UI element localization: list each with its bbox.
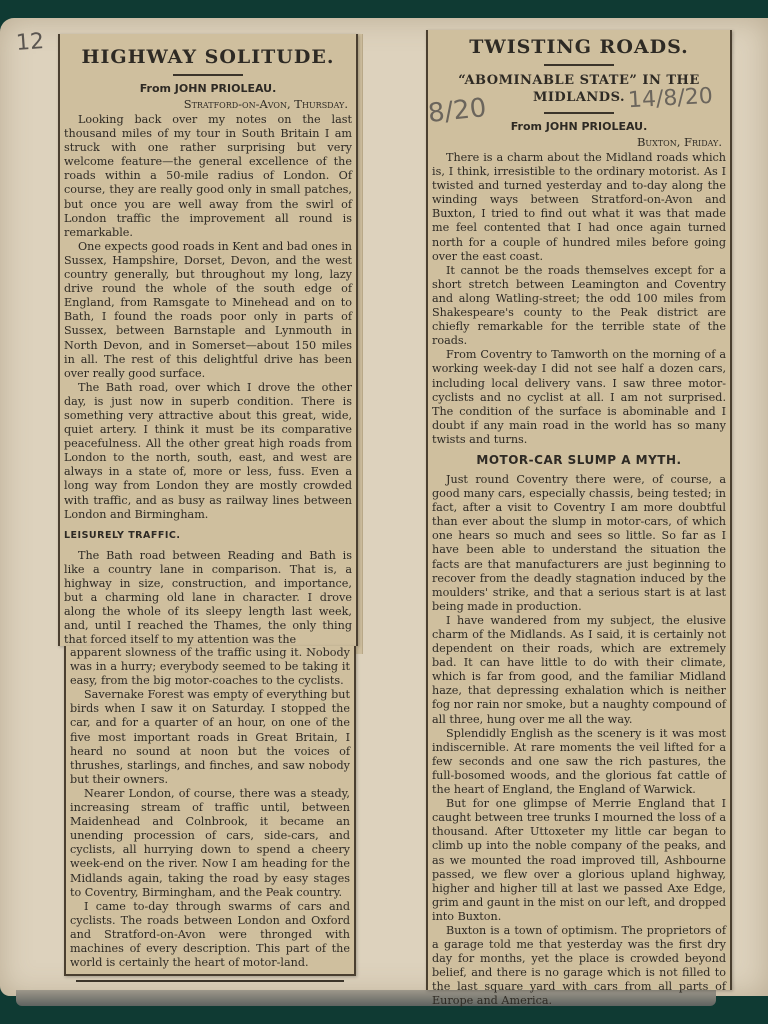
paragraph: Savernake Forest was empty of everything… [70,688,350,787]
paragraph: The Bath road between Reading and Bath i… [64,549,352,648]
headline: HIGHWAY SOLITUDE. [64,46,352,68]
dateline: Buxton, Friday. [436,135,722,149]
left-clipping-top: HIGHWAY SOLITUDE. From JOHN PRIOLEAU. St… [58,34,358,646]
divider [173,74,243,76]
divider [544,112,614,114]
dateline: Stratford-on-Avon, Thursday. [68,97,348,111]
handwritten-date: 14/8/20 [627,84,713,113]
paragraph: But for one glimpse of Merrie England th… [432,797,726,924]
paragraph: From Coventry to Tamworth on the morning… [432,348,726,447]
byline: From JOHN PRIOLEAU. [64,82,352,95]
paragraph: There is a charm about the Midland roads… [432,151,726,264]
paragraph: One expects good roads in Kent and bad o… [64,240,352,381]
paragraph: Splendidly English as the scenery is it … [432,727,726,797]
paragraph: apparent slowness of the traffic using i… [70,646,350,688]
paragraph: I came to-day through swarms of cars and… [70,900,350,970]
section-heading: MOTOR-CAR SLUMP A MYTH. [432,453,726,467]
right-clipping: TWISTING ROADS. “ABOMINABLE STATE” IN TH… [426,30,732,990]
paragraph: It cannot be the roads themselves except… [432,264,726,349]
paragraph: I have wandered from my subject, the elu… [432,614,726,727]
left-clipping-bottom: apparent slowness of the traffic using i… [64,646,356,976]
paragraph: Just round Coventry there were, of cours… [432,473,726,614]
section-heading: LEISURELY TRAFFIC. [64,530,352,541]
handwritten-date: 8/20 [427,93,488,129]
divider [544,64,614,66]
paragraph: Buxton is a town of optimism. The propri… [432,924,726,1009]
headline: TWISTING ROADS. [432,36,726,58]
paragraph: Nearer London, of course, there was a st… [70,787,350,900]
page-number: 12 [15,29,45,56]
paragraph: Looking back over my notes on the last t… [64,113,352,240]
divider [76,980,344,982]
paragraph: The Bath road, over which I drove the ot… [64,381,352,522]
